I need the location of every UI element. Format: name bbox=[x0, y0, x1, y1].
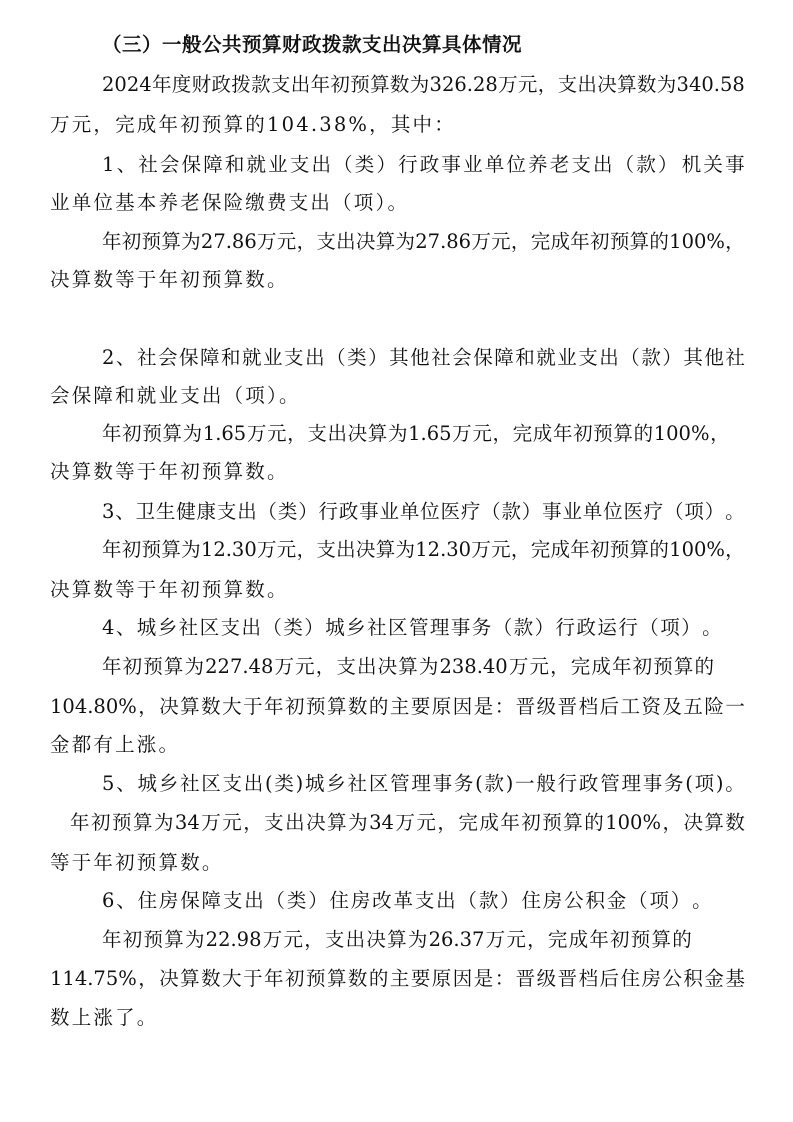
text-line: 会保障和就业支出（项）。 bbox=[50, 383, 301, 409]
text-line: 2024年度财政拨款支出年初预算数为326.28万元，支出决算数为340.58 bbox=[102, 72, 745, 98]
text-line: 114.75%，决算数大于年初预算数的主要原因是：晋级晋档后住房公积金基 bbox=[50, 966, 745, 992]
text-line: 年初预算为34万元，支出决算为34万元，完成年初预算的100%，决算数 bbox=[70, 810, 745, 836]
text-line: 决算数等于年初预算数。 bbox=[50, 577, 289, 603]
text-line: 年初预算为22.98万元，支出决算为26.37万元，完成年初预算的 bbox=[102, 927, 692, 953]
text-line: 5、城乡社区支出(类)城乡社区管理事务(款)一般行政管理事务(项)。 bbox=[102, 771, 745, 797]
text-line: 6、住房保障支出（类）住房改革支出（款）住房公积金（项）。 bbox=[102, 888, 712, 914]
text-line: 业单位基本养老保险缴费支出（项）。 bbox=[50, 190, 409, 216]
text-line: 等于年初预算数。 bbox=[50, 850, 224, 876]
text-line: 104.80%，决算数大于年初预算数的主要原因是：晋级晋档后工资及五险一 bbox=[50, 694, 745, 720]
text-line: 决算数等于年初预算数。 bbox=[50, 267, 289, 293]
text-line: 年初预算为227.48万元，支出决算为238.40万元，完成年初预算的 bbox=[102, 654, 714, 680]
text-line: 金都有上涨。 bbox=[50, 732, 180, 758]
text-line: 数上涨了。 bbox=[50, 1005, 159, 1031]
text-line: 2、社会保障和就业支出（类）其他社会保障和就业支出（款）其他社 bbox=[102, 345, 745, 371]
text-line: 年初预算为27.86万元，支出决算为27.86万元，完成年初预算的100%， bbox=[102, 229, 745, 255]
text-line: 年初预算为1.65万元，支出决算为1.65万元，完成年初预算的100%， bbox=[102, 421, 730, 447]
document-page: （三）一般公共预算财政拨款支出决算具体情况 2024年度财政拨款支出年初预算数为… bbox=[0, 0, 793, 1122]
text-line: 年初预算为12.30万元，支出决算为12.30万元，完成年初预算的100%， bbox=[102, 537, 745, 563]
text-line: 1、社会保障和就业支出（类）行政事业单位养老支出（款） 机关事 bbox=[102, 152, 745, 178]
section-heading: （三）一般公共预算财政拨款支出决算具体情况 bbox=[102, 32, 522, 58]
text-line: 4、城乡社区支出（类）城乡社区管理事务（款）行政运行（项）。 bbox=[102, 615, 722, 641]
text-line: 万元，完成年初预算的104.38%，其中： bbox=[50, 112, 456, 138]
text-line: 3、卫生健康支出（类）行政事业单位医疗（款）事业单位医疗（项）。 bbox=[102, 499, 745, 525]
text-line: 决算数等于年初预算数。 bbox=[50, 459, 289, 485]
